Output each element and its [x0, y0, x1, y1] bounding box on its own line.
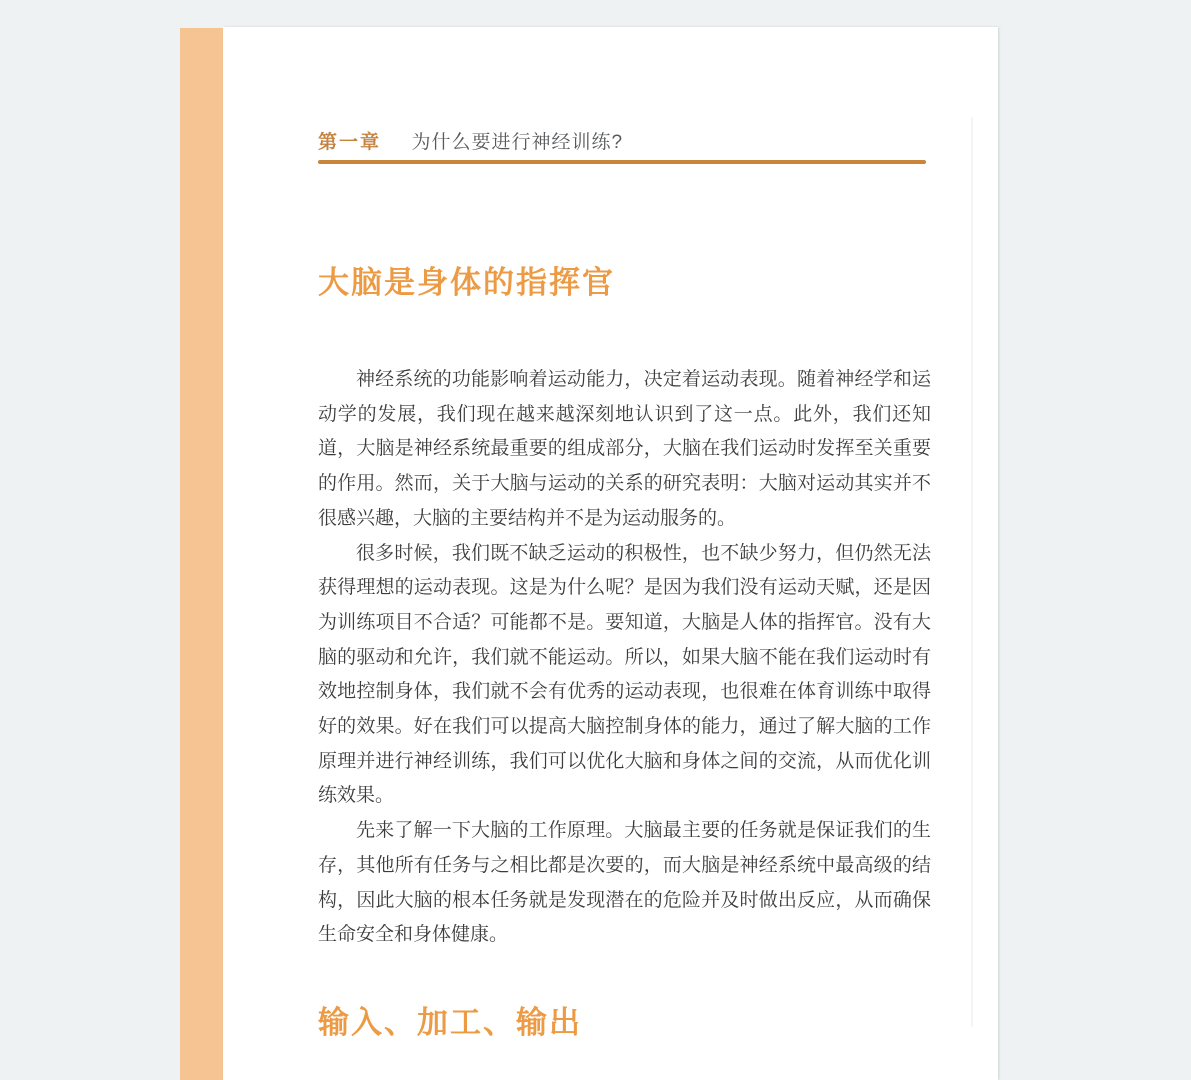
photo-background: 第一章 为什么要进行神经训练? 大脑是身体的指挥官 神经系统的功能影响着运动能力… — [0, 0, 1191, 1080]
book-page: 第一章 为什么要进行神经训练? 大脑是身体的指挥官 神经系统的功能影响着运动能力… — [223, 27, 998, 1080]
paragraph-3: 先来了解一下大脑的工作原理。大脑最主要的任务就是保证我们的生存，其他所有任务与之… — [318, 814, 931, 953]
page-margin-band — [180, 28, 223, 1080]
chapter-title: 为什么要进行神经训练? — [411, 132, 623, 153]
paragraph-1: 神经系统的功能影响着运动能力，决定着运动表现。随着神经学和运动学的发展，我们现在… — [318, 363, 931, 537]
paragraph-2: 很多时候，我们既不缺乏运动的积极性，也不缺少努力，但仍然无法获得理想的运动表现。… — [318, 537, 931, 815]
chapter-number-label: 第一章 — [318, 132, 381, 153]
body-text-block: 神经系统的功能影响着运动能力，决定着运动表现。随着神经学和运动学的发展，我们现在… — [318, 363, 931, 953]
section-heading-input-process-output: 输入、加工、输出 — [318, 997, 582, 1042]
chapter-header: 第一章 为什么要进行神经训练? — [318, 127, 958, 153]
page-crease-shadow — [971, 117, 973, 1027]
header-rule — [318, 160, 926, 164]
section-heading-brain-commander: 大脑是身体的指挥官 — [318, 257, 615, 302]
